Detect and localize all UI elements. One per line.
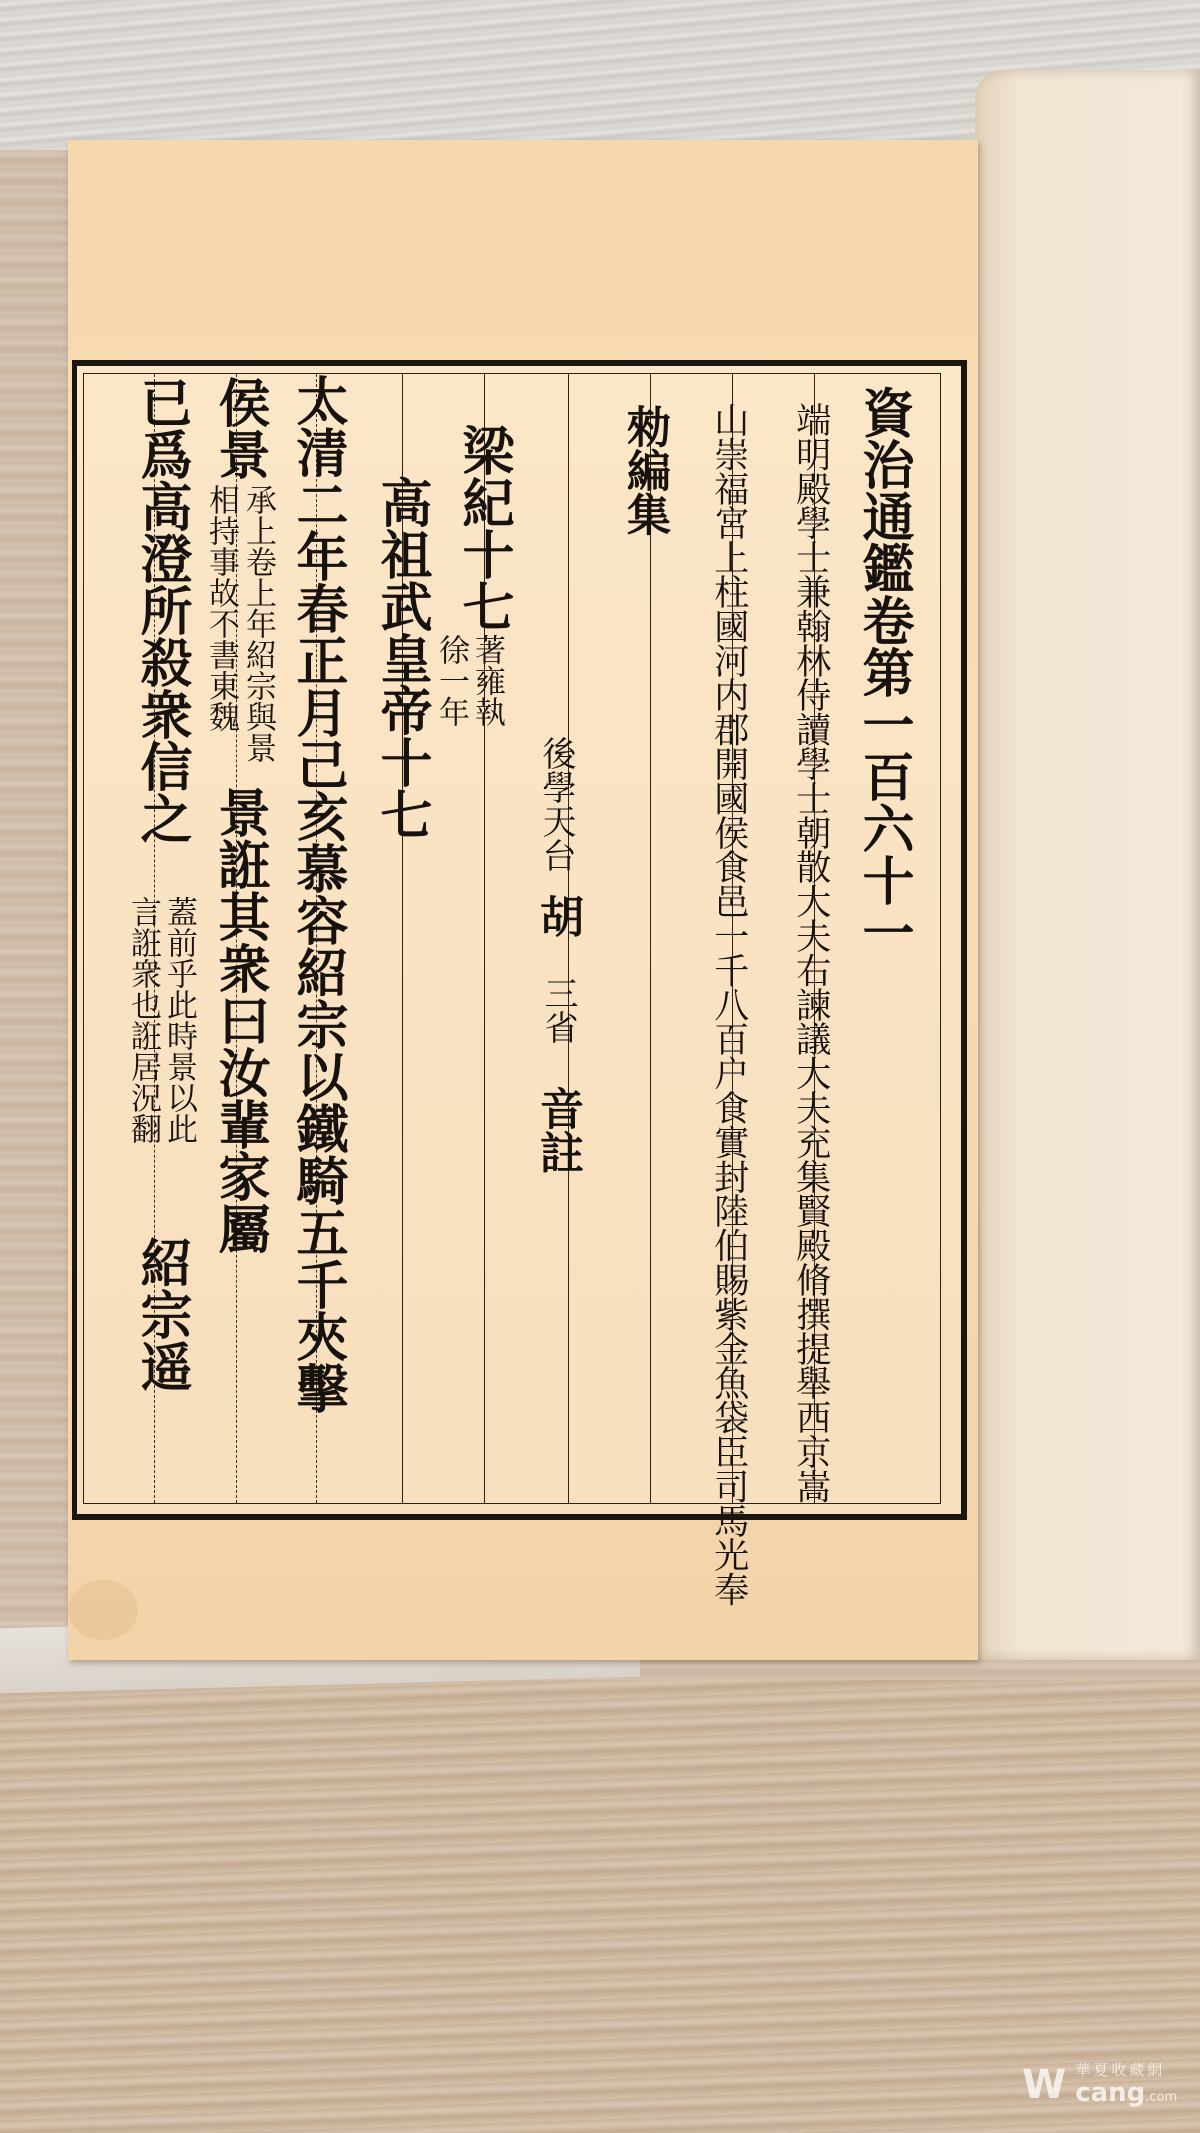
body-column-2-note-right: 承上卷上年紹宗與景	[242, 484, 273, 763]
body-column-2-head: 侯景	[213, 376, 265, 480]
watermark-logo-icon: W	[1022, 2062, 1066, 2108]
commentator-given: 三省	[541, 976, 575, 1044]
body-column-3-head: 已爲高澄所殺衆信之	[135, 376, 187, 844]
edict-compiled: 勑編集	[622, 404, 666, 536]
site-watermark: W 華夏收藏網 cang.com	[1022, 2062, 1177, 2108]
watermark-suffix: .com	[1145, 2090, 1177, 2105]
right-blank-page	[975, 70, 1200, 1660]
author-line-2: 山崇福宮上柱國河内郡開國侯食邑一千八百户食實封陸伯賜紫金魚袋臣司馬光奉	[711, 402, 746, 1606]
body-column-3-tail: 紹宗遥	[135, 1236, 187, 1392]
chapter-note-left: 徐一年	[435, 634, 466, 727]
chapter-heading: 梁紀十七	[457, 424, 509, 632]
chapter-note-right: 著雍執	[471, 634, 502, 727]
body-column-3-note-right: 蓋前乎此時景以此	[163, 896, 194, 1144]
body-column-2-note-left: 相持事故不書東魏	[205, 484, 236, 732]
body-column-2-tail: 景誑其衆曰汝輩家屬	[213, 786, 265, 1254]
emperor-heading: 高祖武皇帝十七	[375, 476, 427, 840]
commentator-role: 音註	[535, 1086, 579, 1174]
paper-stain	[68, 1580, 138, 1640]
body-column-3-note-left: 言誑衆也誑居況翻	[127, 896, 158, 1144]
watermark-chinese: 華夏收藏網	[1075, 2062, 1177, 2079]
watermark-english: cang	[1075, 2078, 1145, 2108]
column-rule	[568, 374, 569, 1503]
volume-title: 資治通鑑卷第一百六十一	[857, 386, 909, 958]
commentator-surname: 胡	[535, 894, 579, 938]
wood-table-background-bottom	[0, 1680, 1200, 2133]
body-column-1: 太清二年春正月己亥慕容紹宗以鐵騎五千夾擊	[291, 374, 343, 1414]
printed-frame: 資治通鑑卷第一百六十一 端明殿學士兼翰林侍讀學士朝散大夫右諫議大夫充集賢殿脩撰提…	[72, 360, 967, 1520]
commentator-prefix: 後學天台	[539, 736, 573, 872]
column-rule	[650, 374, 651, 1503]
author-line-1: 端明殿學士兼翰林侍讀學士朝散大夫右諫議大夫充集賢殿脩撰提舉西京嵩	[793, 402, 828, 1503]
